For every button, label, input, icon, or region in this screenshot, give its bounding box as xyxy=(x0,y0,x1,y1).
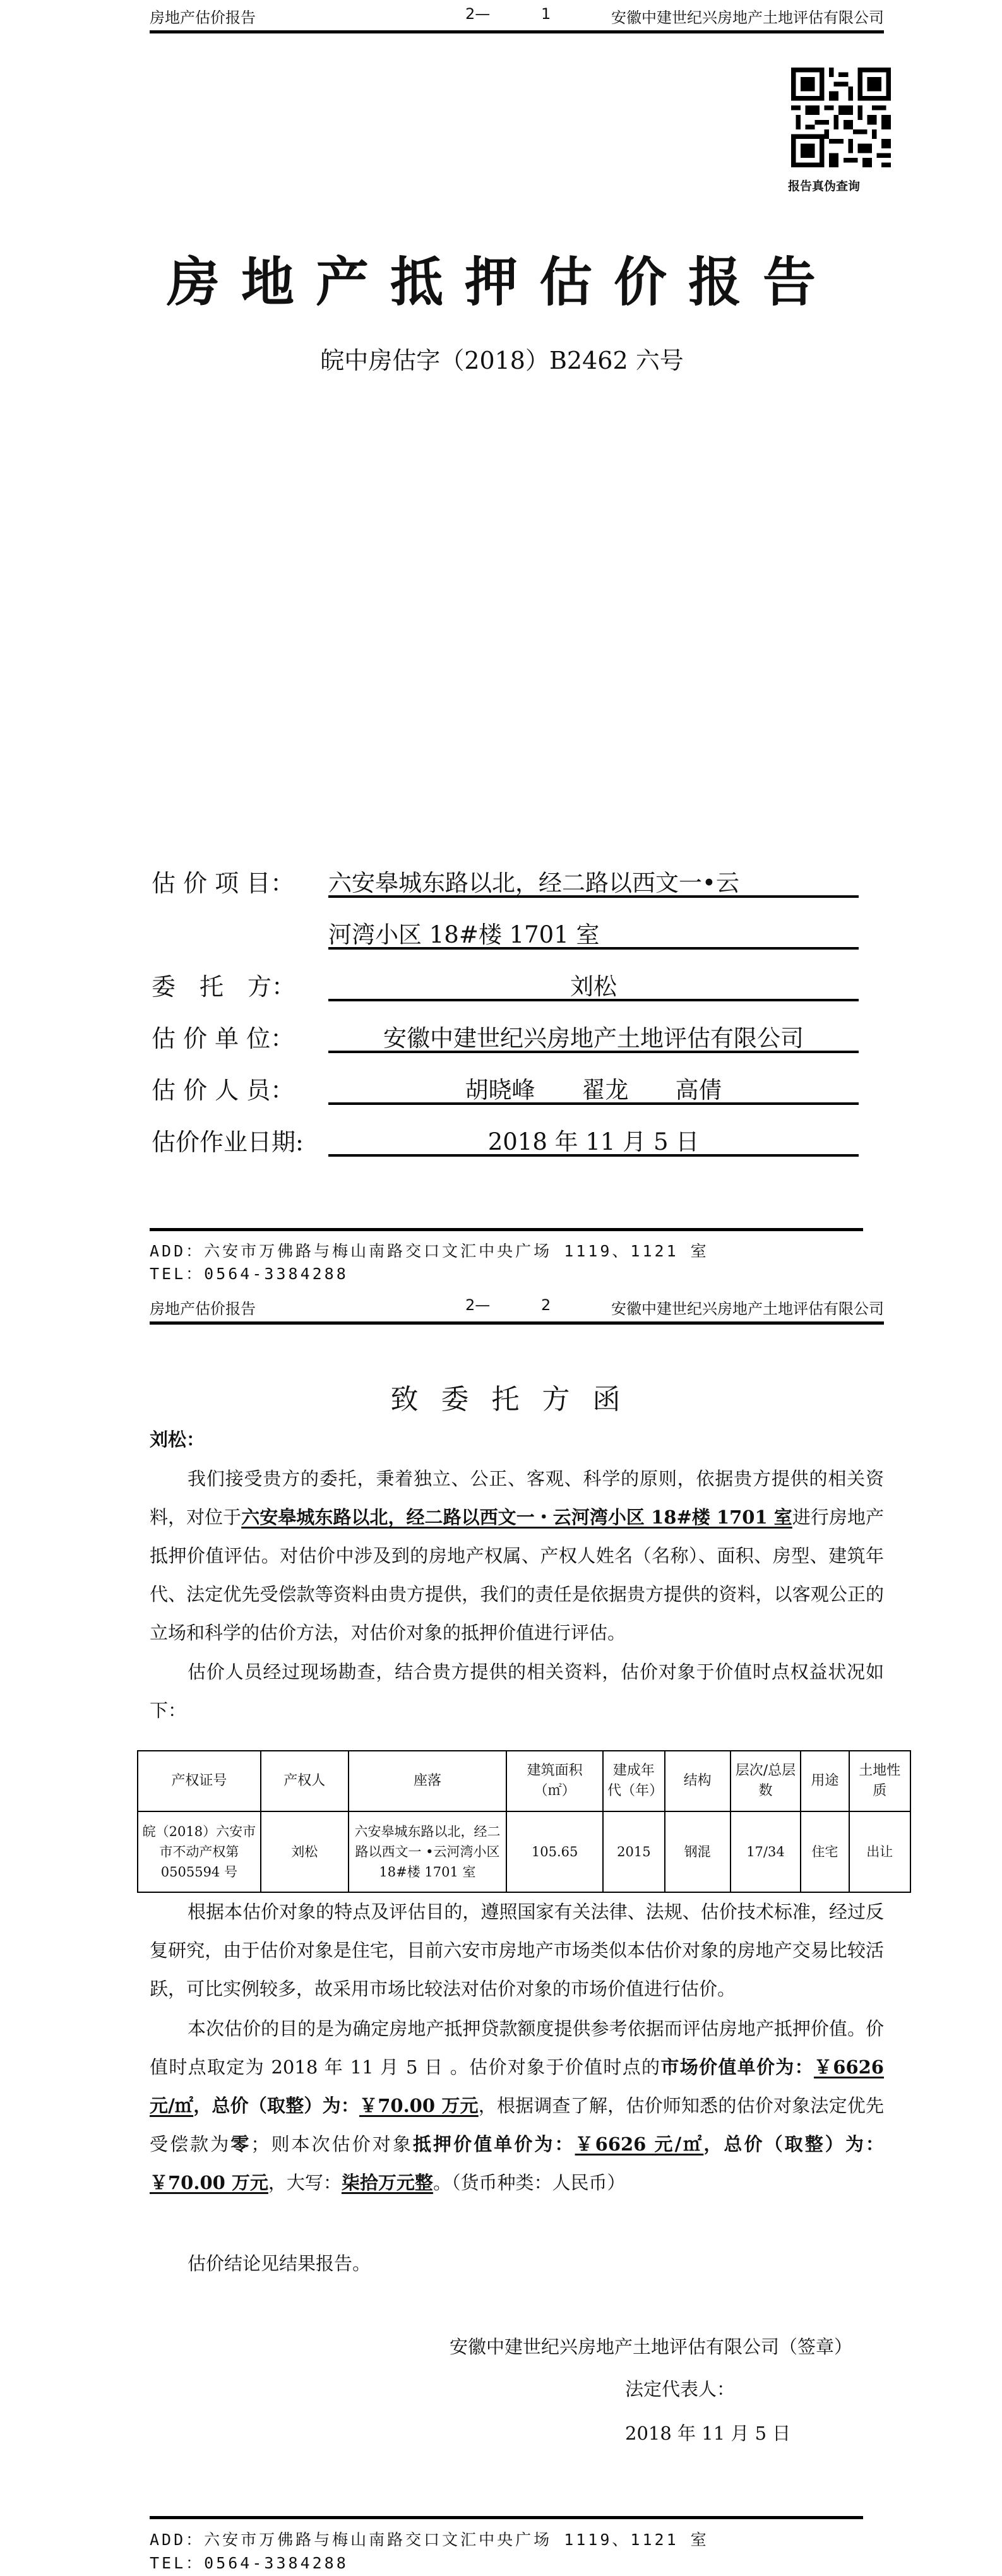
header-page-number: 1 xyxy=(541,5,551,23)
page-header: 房地产估价报告 2— 1 安徽中建世纪兴房地产土地评估有限公司 xyxy=(150,0,884,33)
field-value-project-line1: 六安皋城东路以北，经二路以西文一•云 xyxy=(328,864,859,898)
col-header-usage: 用途 xyxy=(801,1751,849,1811)
col-header-structure: 结构 xyxy=(665,1751,731,1811)
mortgage-unit-price: ￥6626 元/㎡ xyxy=(575,2133,704,2155)
p4-text-cont2: ；则本次估价对象 xyxy=(251,2133,413,2155)
field-label-appraiser-org: 估 价 单 位： xyxy=(152,1019,294,1054)
market-total-price: ￥70.00 万元 xyxy=(359,2095,479,2116)
col-header-build-year: 建成年代（年） xyxy=(603,1751,664,1811)
col-header-area: 建筑面积（㎡） xyxy=(506,1751,603,1811)
col-header-floor: 层次/总层数 xyxy=(731,1751,801,1811)
header-doc-type: 房地产估价报告 xyxy=(150,5,256,27)
cell-structure: 钢混 xyxy=(665,1811,731,1892)
market-value-label: 市场价值单价为： xyxy=(660,2056,814,2078)
footer-phone: TEL：0564-3384288 xyxy=(150,2551,349,2573)
field-label-project: 估 价 项 目： xyxy=(152,864,294,898)
signature-date: 2018 年 11 月 5 日 xyxy=(625,2419,790,2445)
field-label-work-date: 估价作业日期: xyxy=(152,1123,304,1157)
footer-phone: TEL：0564-3384288 xyxy=(150,1261,349,1284)
mortgage-total-price: ￥70.00 万元 xyxy=(150,2172,268,2193)
header-doc-type: 房地产估价报告 xyxy=(150,1296,256,1318)
letter-paragraph-1: 我们接受贵方的委托，秉着独立、公正、客观、科学的原则，依据贵方提供的相关资料，对… xyxy=(150,1460,884,1652)
p4-text-cont3: ，大写： xyxy=(268,2172,342,2193)
report-title: 房地产抵押估价报告 xyxy=(95,240,909,316)
cell-build-year: 2015 xyxy=(603,1811,664,1892)
mortgage-total-label: ，总价（取整）为： xyxy=(703,2133,884,2155)
cell-owner: 刘松 xyxy=(261,1811,349,1892)
letter-salutation: 刘松： xyxy=(150,1421,884,1459)
footer-address: ADD：六安市万佛路与梅山南路交口文汇中央广场 1119、1121 室 xyxy=(150,2527,709,2550)
table-header-row: 产权证号 产权人 座落 建筑面积（㎡） 建成年代（年） 结构 层次/总层数 用途… xyxy=(138,1751,910,1811)
signature-company: 安徽中建世纪兴房地产土地评估有限公司（签章） xyxy=(450,2333,852,2359)
field-value-project-line2: 河湾小区 18#楼 1701 室 xyxy=(328,915,859,950)
mortgage-value-label: 抵押价值单价为： xyxy=(413,2133,575,2155)
field-value-appraiser-org: 安徽中建世纪兴房地产土地评估有限公司 xyxy=(328,1019,859,1053)
letter-paragraph-4: 本次估价的目的是为确定房地产抵押贷款额度提供参考依据而评估房地产抵押价值。价值时… xyxy=(150,2010,884,2202)
amount-in-words: 柒拾万元整 xyxy=(342,2172,433,2193)
signature-legal-rep: 法定代表人： xyxy=(625,2375,735,2401)
header-page-number: 2 xyxy=(541,1296,551,1314)
qr-caption: 报告真伪查询 xyxy=(788,177,860,194)
table-row: 皖（2018）六安市市不动产权第 0505594 号 刘松 六安皋城东路以北，经… xyxy=(138,1811,910,1892)
field-value-appraisers: 胡晓峰 翟龙 高倩 xyxy=(328,1071,859,1105)
letter-paragraph-2: 估价人员经过现场勘查，结合贵方提供的相关资料，估价对象于价值时点权益状况如下： xyxy=(150,1653,884,1730)
priority-payment-zero: 零 xyxy=(230,2133,251,2155)
letter-title: 致委托方函 xyxy=(150,1376,884,1417)
cell-location: 六安皋城东路以北，经二路以西文一 •云河湾小区 18#楼 1701 室 xyxy=(349,1811,506,1892)
qr-code-icon[interactable] xyxy=(791,68,891,167)
cell-floor: 17/34 xyxy=(731,1811,801,1892)
letter-paragraph-5: 估价结论见结果报告。 xyxy=(150,2245,884,2283)
field-value-work-date: 2018 年 11 月 5 日 xyxy=(328,1123,859,1157)
field-label-client: 委 托 方： xyxy=(152,967,295,1002)
header-company: 安徽中建世纪兴房地产土地评估有限公司 xyxy=(611,5,884,27)
footer-divider xyxy=(150,1228,863,1231)
cell-land-type: 出让 xyxy=(849,1811,910,1892)
property-address: 六安皋城东路以北，经二路以西文一・云河湾小区 18#楼 1701 室 xyxy=(241,1506,792,1528)
total-price-label: ，总价（取整）为： xyxy=(193,2095,359,2116)
field-label-appraisers: 估 价 人 员： xyxy=(152,1071,294,1106)
field-value-client: 刘松 xyxy=(328,967,859,1001)
property-rights-table: 产权证号 产权人 座落 建筑面积（㎡） 建成年代（年） 结构 层次/总层数 用途… xyxy=(137,1750,911,1893)
header-company: 安徽中建世纪兴房地产土地评估有限公司 xyxy=(611,1296,884,1318)
letter-paragraph-3: 根据本估价对象的特点及评估目的，遵照国家有关法律、法规、估价技术标准，经过反复研… xyxy=(150,1893,884,2008)
footer-divider xyxy=(150,2516,863,2519)
col-header-cert-no: 产权证号 xyxy=(138,1751,261,1811)
header-page-prefix: 2— xyxy=(465,5,490,23)
col-header-land-type: 土地性质 xyxy=(849,1751,910,1811)
cell-area: 105.65 xyxy=(506,1811,603,1892)
col-header-owner: 产权人 xyxy=(261,1751,349,1811)
header-page-prefix: 2— xyxy=(465,1296,490,1314)
col-header-location: 座落 xyxy=(349,1751,506,1811)
footer-address: ADD：六安市万佛路与梅山南路交口文汇中央广场 1119、1121 室 xyxy=(150,1239,709,1261)
cell-cert-no: 皖（2018）六安市市不动产权第 0505594 号 xyxy=(138,1811,261,1892)
currency-note: 。（货币种类：人民币） xyxy=(433,2172,626,2193)
page-header: 房地产估价报告 2— 2 安徽中建世纪兴房地产土地评估有限公司 xyxy=(150,1291,884,1325)
cell-usage: 住宅 xyxy=(801,1811,849,1892)
report-reference-number: 皖中房估字（2018）B2462 六号 xyxy=(95,341,909,376)
